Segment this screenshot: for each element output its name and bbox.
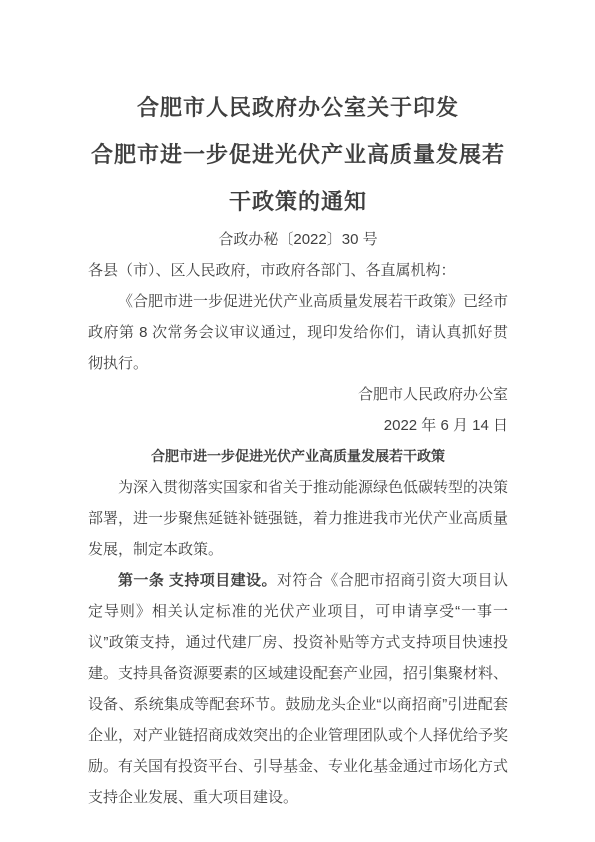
notice-body: 《合肥市进一步促进光伏产业高质量发展若干政策》已经市政府第 8 次常务会议审议通… — [88, 286, 508, 379]
article-1-text: 对符合《合肥市招商引资大项目认定导则》相关认定标准的光伏产业项目，可申请享受“一… — [88, 572, 508, 806]
notice-title-line-1: 合肥市人民政府办公室关于印发 — [88, 84, 508, 131]
document-page: 合肥市人民政府办公室关于印发 合肥市进一步促进光伏产业高质量发展若 干政策的通知… — [0, 0, 595, 842]
notice-title: 合肥市人民政府办公室关于印发 合肥市进一步促进光伏产业高质量发展若 干政策的通知 — [88, 84, 508, 225]
article-1-lead: 第一条 支持项目建设。 — [118, 572, 277, 589]
policy-preamble: 为深入贯彻落实国家和省关于推动能源绿色低碳转型的决策部署，进一步聚焦延链补链强链… — [88, 472, 508, 565]
policy-title: 合肥市进一步促进光伏产业高质量发展若干政策 — [88, 441, 508, 472]
issuer-signature: 合肥市人民政府办公室 — [88, 379, 508, 410]
policy-article-1: 第一条 支持项目建设。对符合《合肥市招商引资大项目认定导则》相关认定标准的光伏产… — [88, 565, 508, 813]
issue-date: 2022 年 6 月 14 日 — [88, 410, 508, 441]
notice-title-line-2: 合肥市进一步促进光伏产业高质量发展若 — [88, 131, 508, 178]
salutation: 各县（市）、区人民政府，市政府各部门、各直属机构： — [88, 255, 508, 286]
notice-title-line-3: 干政策的通知 — [88, 178, 508, 225]
document-number: 合政办秘〔2022〕30 号 — [88, 228, 508, 252]
